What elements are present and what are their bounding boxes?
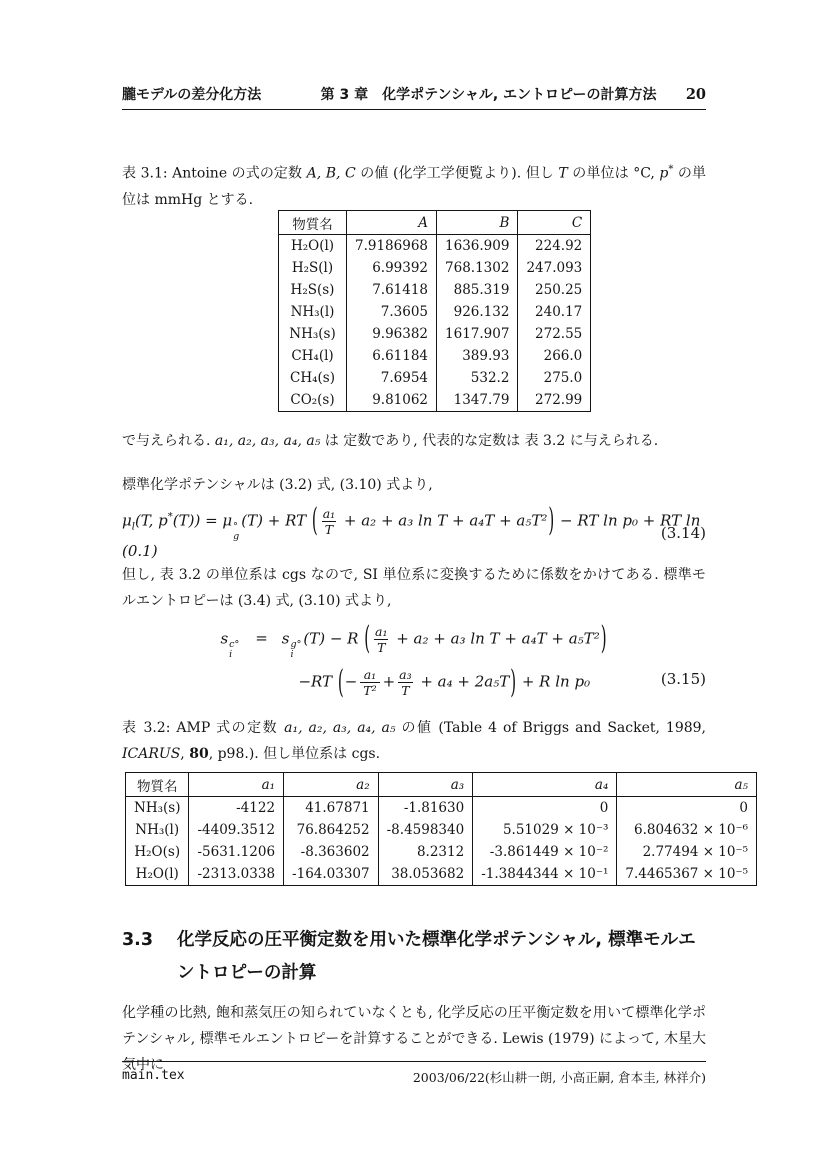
table-cell: -1.81630: [378, 797, 473, 820]
math-text: + a₄ + 2a₅T: [416, 673, 510, 691]
table-cell: 272.99: [518, 389, 591, 412]
table-header-row: 物質名 a₁ a₂ a₃ a₄ a₅: [126, 773, 757, 797]
running-title-center: 第 3 章 化学ポテンシャル, エントロピーの計算方法: [261, 84, 686, 104]
table-cell: 7.6954: [347, 367, 437, 389]
denominator: T: [322, 521, 336, 537]
denominator: T: [398, 682, 412, 698]
table-row: H₂S(l)6.99392768.1302247.093: [279, 257, 591, 279]
running-title-left: 朧モデルの差分化方法: [122, 84, 261, 104]
paragraph: で与えられる. a₁, a₂, a₃, a₄, a₅ は 定数であり, 代表的な…: [122, 428, 706, 454]
fraction: a₁T: [322, 506, 336, 537]
math-var: μ: [222, 511, 232, 529]
section-title: 化学反応の圧平衡定数を用いた標準化学ポテンシャル, 標準モルエントロピーの計算: [177, 924, 706, 990]
table-cell: 926.132: [437, 301, 518, 323]
body-text: で与えられる.: [122, 433, 215, 449]
math-text: + R ln p₀: [517, 673, 590, 691]
open-paren: (: [337, 663, 345, 701]
table-cell: 1347.79: [437, 389, 518, 412]
math-var: s: [282, 629, 290, 647]
table-cell: 7.4465367 × 10⁻⁵: [617, 863, 757, 886]
equation-line-1: sc°i=sg°i(T) − R (a₁T + a₂ + a₃ ln T + a…: [220, 624, 607, 661]
equation-body: sc°i=sg°i(T) − R (a₁T + a₂ + a₃ ln T + a…: [220, 624, 607, 699]
table-cell: 2.77494 × 10⁻⁵: [617, 841, 757, 863]
math-sub: g: [233, 532, 239, 542]
table-cell: -8.363602: [284, 841, 379, 863]
open-paren: (: [363, 619, 371, 657]
table-cell: 240.17: [518, 301, 591, 323]
column-header: A: [347, 211, 437, 235]
table-cell: NH₃(s): [126, 797, 189, 820]
table-cell: H₂O(l): [279, 235, 347, 258]
table-cell: 41.67871: [284, 797, 379, 820]
table-cell: 6.804632 × 10⁻⁶: [617, 819, 757, 841]
math-text: + a₂ + a₃ ln T + a₄T + a₅T²: [339, 511, 547, 529]
page-footer: main.tex 2003/06/22(杉山耕一朗, 小高正嗣, 倉本圭, 林祥…: [122, 1061, 706, 1086]
column-header: B: [437, 211, 518, 235]
table-cell: 250.25: [518, 279, 591, 301]
table-cell: 9.81062: [347, 389, 437, 412]
table-row: CH₄(s)7.6954532.2275.0: [279, 367, 591, 389]
equation-3-15: sc°i=sg°i(T) − R (a₁T + a₂ + a₃ ln T + a…: [122, 618, 706, 704]
document-page: 朧モデルの差分化方法 第 3 章 化学ポテンシャル, エントロピーの計算方法 2…: [0, 0, 826, 1169]
section-heading-3-3: 3.3 化学反応の圧平衡定数を用いた標準化学ポテンシャル, 標準モルエントロピー…: [122, 924, 706, 990]
table-row: H₂O(s)-5631.1206-8.3636028.2312-3.861449…: [126, 841, 757, 863]
table-cell: 1636.909: [437, 235, 518, 258]
numerator: a₁: [375, 624, 387, 639]
table-cell: 0: [473, 797, 617, 820]
table-cell: 247.093: [518, 257, 591, 279]
math-var: a₁, a₂, a₃, a₄, a₅: [215, 433, 320, 449]
table-cell: 5.51029 × 10⁻³: [473, 819, 617, 841]
column-header: a₃: [378, 773, 473, 797]
table-row: NH₃(s)-412241.67871-1.8163000: [126, 797, 757, 820]
table-cell: 9.96382: [347, 323, 437, 345]
open-paren: (: [311, 501, 319, 539]
math-text: (T, p: [135, 511, 168, 529]
table-row: H₂O(l)-2313.0338-164.0330738.053682-1.38…: [126, 863, 757, 886]
table-cell: H₂O(l): [126, 863, 189, 886]
column-header: 物質名: [279, 211, 347, 235]
column-header: a₄: [473, 773, 617, 797]
table-cell: NH₃(s): [279, 323, 347, 345]
column-header: a₁: [189, 773, 284, 797]
math-supsub: g°i: [291, 640, 302, 660]
table-cell: -8.4598340: [378, 819, 473, 841]
math-var: T: [558, 166, 567, 182]
close-paren: ): [547, 501, 555, 539]
table31-caption: 表 3.1: Antoine の式の定数 A, B, C の値 (化学工学便覧よ…: [122, 157, 706, 213]
caption-text: ,: [180, 746, 189, 762]
column-header: a₅: [617, 773, 757, 797]
table-cell: 76.864252: [284, 819, 379, 841]
math-supsub: °g: [233, 522, 239, 542]
table-row: CH₄(l)6.61184389.93266.0: [279, 345, 591, 367]
fraction: a₁T: [374, 624, 388, 655]
table-cell: 768.1302: [437, 257, 518, 279]
math-var: s: [220, 629, 228, 647]
numerator: a₃: [399, 667, 411, 682]
table-cell: 885.319: [437, 279, 518, 301]
table-cell: -4122: [189, 797, 284, 820]
table-row: NH₃(s)9.963821617.907272.55: [279, 323, 591, 345]
date-authors: 2003/06/22(杉山耕一朗, 小高正嗣, 倉本圭, 林祥介): [413, 1068, 706, 1086]
math-text: + a₂ + a₃ ln T + a₄T + a₅T²: [391, 629, 599, 647]
table-cell: 1617.907: [437, 323, 518, 345]
caption-text: の値 (Table 4 of Briggs and Sacket, 1989,: [396, 720, 706, 736]
table-cell: 532.2: [437, 367, 518, 389]
table-cell: -1.3844344 × 10⁻¹: [473, 863, 617, 886]
caption-text: の単位は °C,: [568, 166, 660, 182]
table-cell: H₂S(s): [279, 279, 347, 301]
table-row: H₂S(s)7.61418885.319250.25: [279, 279, 591, 301]
table-cell: 6.61184: [347, 345, 437, 367]
denominator: T²: [360, 682, 379, 698]
math-supsub: c°i: [229, 640, 239, 660]
table-cell: -2313.0338: [189, 863, 284, 886]
body-text: は 定数であり, 代表的な定数は 表 3.2 に与えられる.: [320, 433, 658, 449]
close-paren: ): [509, 663, 517, 701]
math-var: μ: [122, 511, 132, 529]
equation-body: μl(T, p*(T)) = μ°g(T) + RT (a₁T + a₂ + a…: [122, 506, 706, 561]
table-cell: 7.3605: [347, 301, 437, 323]
table-row: CO₂(s)9.810621347.79272.99: [279, 389, 591, 412]
plus-sign: +: [383, 673, 396, 691]
body-text: 標準化学ポテンシャルは (3.2) 式, (3.10) 式より,: [122, 477, 433, 493]
caption-text: 表 3.1: Antoine の式の定数: [122, 166, 307, 182]
table-cell: -4409.3512: [189, 819, 284, 841]
math-text: (T) − R: [303, 629, 358, 647]
fraction: a₁T²: [360, 667, 379, 698]
table-cell: CO₂(s): [279, 389, 347, 412]
table-cell: -5631.1206: [189, 841, 284, 863]
equation-number: (3.14): [661, 524, 706, 542]
table-cell: 272.55: [518, 323, 591, 345]
table-cell: -164.03307: [284, 863, 379, 886]
table-cell: 7.61418: [347, 279, 437, 301]
antoine-constants-table: 物質名 A B C H₂O(l)7.91869681636.909224.92 …: [278, 210, 591, 412]
table-cell: 7.9186968: [347, 235, 437, 258]
math-var: a₁, a₂, a₃, a₄, a₅: [284, 720, 395, 736]
table-header-row: 物質名 A B C: [279, 211, 591, 235]
journal-name: ICARUS: [122, 746, 180, 762]
table-cell: NH₃(l): [279, 301, 347, 323]
table-row: NH₃(l)7.3605926.132240.17: [279, 301, 591, 323]
table-cell: 6.99392: [347, 257, 437, 279]
caption-text: 表 3.2: AMP 式の定数: [122, 720, 284, 736]
volume-number: 80: [189, 746, 208, 762]
table-cell: 38.053682: [378, 863, 473, 886]
paragraph: 但し, 表 3.2 の単位系は cgs なので, SI 単位系に変換するために係…: [122, 562, 706, 614]
math-var: A, B, C: [307, 166, 356, 182]
table-cell: 0: [617, 797, 757, 820]
column-header: C: [518, 211, 591, 235]
math-sub: i: [291, 650, 294, 660]
table-cell: 266.0: [518, 345, 591, 367]
table32-caption: 表 3.2: AMP 式の定数 a₁, a₂, a₃, a₄, a₅ の値 (T…: [122, 715, 706, 767]
caption-text: , p98.). 但し単位系は cgs.: [209, 746, 380, 762]
close-paren: ): [600, 619, 608, 657]
table-cell: CH₄(l): [279, 345, 347, 367]
section-number: 3.3: [122, 924, 153, 990]
equation-3-14: μl(T, p*(T)) = μ°g(T) + RT (a₁T + a₂ + a…: [122, 510, 706, 556]
math-text: (T) + RT: [241, 511, 306, 529]
caption-text: の値 (化学工学便覧より). 但し: [356, 166, 559, 182]
numerator: a₁: [323, 506, 335, 521]
table-cell: -3.861449 × 10⁻²: [473, 841, 617, 863]
math-text: (T)) =: [173, 511, 223, 529]
amp-constants-table: 物質名 a₁ a₂ a₃ a₄ a₅ NH₃(s)-412241.67871-1…: [125, 772, 757, 886]
equals-sign: =: [255, 629, 268, 647]
math-text: −RT: [298, 673, 332, 691]
body-text: 但し, 表 3.2 の単位系は cgs なので, SI 単位系に変換するために係…: [122, 567, 706, 609]
math-sub: i: [229, 650, 232, 660]
page-number: 20: [686, 86, 706, 103]
table-row: NH₃(l)-4409.351276.864252-8.45983405.510…: [126, 819, 757, 841]
column-header: a₂: [284, 773, 379, 797]
table-cell: CH₄(s): [279, 367, 347, 389]
table-row: H₂O(l)7.91869681636.909224.92: [279, 235, 591, 258]
numerator: a₁: [364, 667, 376, 682]
table-cell: 8.2312: [378, 841, 473, 863]
minus-sign: −: [345, 673, 358, 691]
table-cell: 275.0: [518, 367, 591, 389]
page-header: 朧モデルの差分化方法 第 3 章 化学ポテンシャル, エントロピーの計算方法 2…: [122, 84, 706, 110]
equation-number: (3.15): [661, 670, 706, 688]
equation-line-2: −RT (−a₁T²+a₃T + a₄ + 2a₅T) + R ln p₀: [298, 667, 607, 698]
fraction: a₃T: [398, 667, 412, 698]
table-cell: 224.92: [518, 235, 591, 258]
table-cell: H₂S(l): [279, 257, 347, 279]
paragraph: 標準化学ポテンシャルは (3.2) 式, (3.10) 式より,: [122, 472, 706, 498]
table-cell: NH₃(l): [126, 819, 189, 841]
source-filename: main.tex: [122, 1068, 185, 1086]
denominator: T: [374, 639, 388, 655]
column-header: 物質名: [126, 773, 189, 797]
table-cell: 389.93: [437, 345, 518, 367]
table-cell: H₂O(s): [126, 841, 189, 863]
